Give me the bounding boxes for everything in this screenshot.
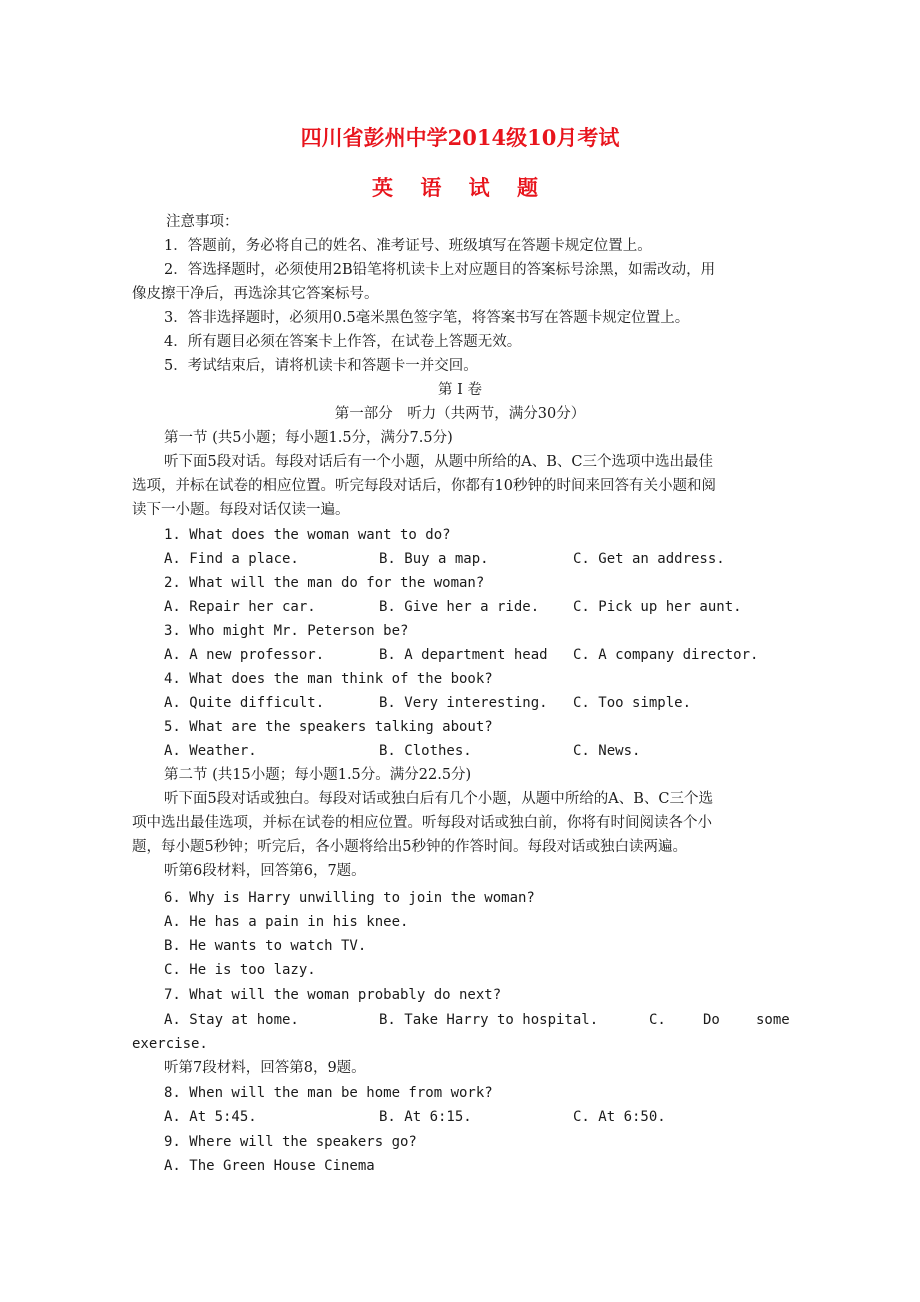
q1-option-b: B. Buy a map. — [379, 549, 489, 569]
q7-option-c-word1: Do — [703, 1010, 720, 1030]
question-8: 8. When will the man be home from work? — [164, 1083, 493, 1103]
q4-option-c: C. Too simple. — [573, 693, 691, 713]
notice-item-2: 2．答选择题时，必须使用2B铅笔将机读卡上对应题目的答案标号涂黑，如需改动，用 — [164, 260, 715, 280]
q3-option-a: A. A new professor. — [164, 645, 324, 665]
question-3: 3. Who might Mr. Peterson be? — [164, 621, 408, 641]
notice-heading: 注意事项： — [166, 212, 239, 232]
q7-option-c-label: C. — [649, 1010, 666, 1030]
question-9: 9. Where will the speakers go? — [164, 1132, 417, 1152]
question-2: 2. What will the man do for the woman? — [164, 573, 484, 593]
question-1: 1. What does the woman want to do? — [164, 525, 451, 545]
q2-option-c: C. Pick up her aunt. — [573, 597, 742, 617]
q8-option-b: B. At 6:15. — [379, 1107, 472, 1127]
q7-option-c-wrap: exercise. — [132, 1034, 208, 1054]
q7-option-c-word2: some — [756, 1010, 790, 1030]
notice-item-3: 3．答非选择题时，必须用0.5毫米黑色签字笔，将答案书写在答题卡规定位置上。 — [164, 308, 689, 328]
q5-option-b: B. Clothes. — [379, 741, 472, 761]
q6-option-c: C. He is too lazy. — [164, 960, 316, 980]
notice-item-5: 5．考试结束后，请将机读卡和答题卡一并交回。 — [164, 356, 478, 376]
notice-item-4: 4．所有题目必须在答案卡上作答，在试卷上答题无效。 — [164, 332, 521, 352]
q4-option-b: B. Very interesting. — [379, 693, 548, 713]
exam-page: 四川省彭州中学2014级10月考试 英 语 试 题 注意事项： 1．答题前，务必… — [0, 0, 920, 1302]
q8-option-a: A. At 5:45. — [164, 1107, 257, 1127]
q2-option-b: B. Give her a ride. — [379, 597, 539, 617]
material-7-label: 听第7段材料，回答第8，9题。 — [164, 1058, 366, 1078]
q3-option-b: B. A department head — [379, 645, 548, 665]
section2-instructions-2: 项中选出最佳选项，并标在试卷的相应位置。听每段对话或独白前，你将有时间阅读各个小 — [132, 813, 712, 833]
section1-title: 第一节 (共5小题；每小题1.5分，满分7.5分) — [164, 428, 453, 448]
q6-option-a: A. He has a pain in his knee. — [164, 912, 408, 932]
q3-option-c: C. A company director. — [573, 645, 758, 665]
q7-option-b: B. Take Harry to hospital. — [379, 1010, 598, 1030]
q1-option-a: A. Find a place. — [164, 549, 299, 569]
section2-instructions-1: 听下面5段对话或独白。每段对话或独白后有几个小题，从题中所给的A、B、C三个选 — [164, 789, 713, 809]
q2-option-a: A. Repair her car. — [164, 597, 316, 617]
question-7: 7. What will the woman probably do next? — [164, 985, 501, 1005]
material-6-label: 听第6段材料，回答第6，7题。 — [164, 861, 366, 881]
section1-instructions-3: 读下一小题。每段对话仅读一遍。 — [132, 500, 350, 520]
exam-subtitle: 英 语 试 题 — [0, 172, 920, 202]
exam-title: 四川省彭州中学2014级10月考试 — [0, 122, 920, 152]
q4-option-a: A. Quite difficult. — [164, 693, 324, 713]
volume-heading: 第 I 卷 — [0, 380, 920, 400]
q9-option-a: A. The Green House Cinema — [164, 1156, 375, 1176]
q7-option-a: A. Stay at home. — [164, 1010, 299, 1030]
section2-instructions-3: 题，每小题5秒钟；听完后，各小题将给出5秒钟的作答时间。每段对话或独白读两遍。 — [132, 837, 687, 857]
question-4: 4. What does the man think of the book? — [164, 669, 493, 689]
part1-title: 第一部分 听力（共两节，满分30分） — [0, 404, 920, 424]
notice-item-2-cont: 像皮擦干净后，再选涂其它答案标号。 — [132, 284, 379, 304]
q5-option-c: C. News. — [573, 741, 640, 761]
section1-instructions-2: 选项，并标在试卷的相应位置。听完每段对话后，你都有10秒钟的时间来回答有关小题和… — [132, 476, 716, 496]
notice-item-1: 1．答题前，务必将自己的姓名、准考证号、班级填写在答题卡规定位置上。 — [164, 236, 652, 256]
q6-option-b: B. He wants to watch TV. — [164, 936, 366, 956]
question-6: 6. Why is Harry unwilling to join the wo… — [164, 888, 535, 908]
section1-instructions-1: 听下面5段对话。每段对话后有一个小题，从题中所给的A、B、C三个选项中选出最佳 — [164, 452, 713, 472]
q1-option-c: C. Get an address. — [573, 549, 725, 569]
section2-title: 第二节 (共15小题；每小题1.5分。满分22.5分) — [164, 765, 471, 785]
question-5: 5. What are the speakers talking about? — [164, 717, 493, 737]
q8-option-c: C. At 6:50. — [573, 1107, 666, 1127]
q5-option-a: A. Weather. — [164, 741, 257, 761]
